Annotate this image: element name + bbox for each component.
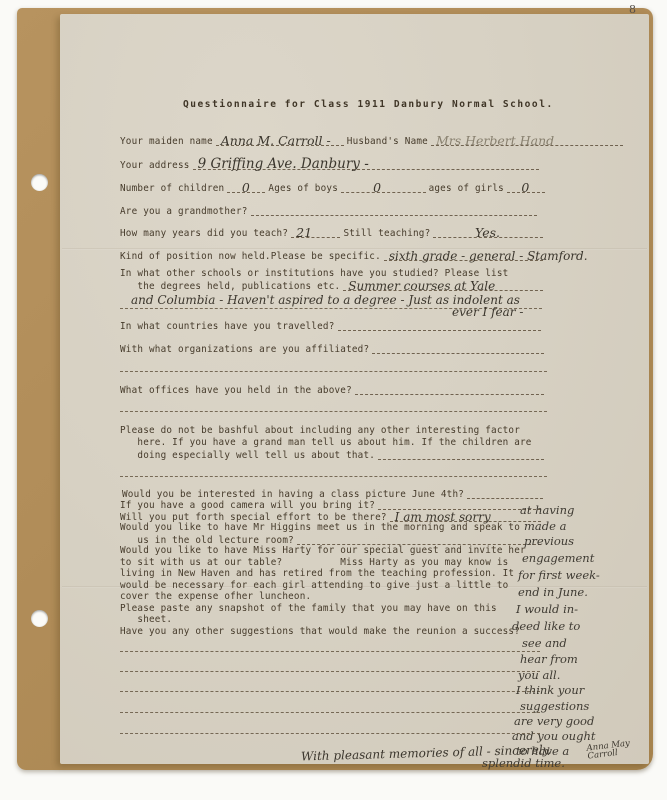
bashful-note-line2: here. If you have a grand man tell us ab… [120,437,532,448]
husband-name-label: Husband's Name [347,136,428,147]
page-number: 8 [629,3,636,16]
answer-line [120,371,547,372]
still-teaching-blank: Yes. [433,226,543,238]
maiden-name-blank: Anna M. Carroll - [216,134,344,146]
ages-boys-value: 0 [373,180,381,195]
ages-boys-label: Ages of boys [268,183,338,194]
address-label: Your address [120,160,190,171]
margin-annotation: and you ought [512,729,595,743]
answer-line [120,691,540,692]
still-teaching-value: Yes. [475,225,500,240]
answer-line [120,411,547,412]
maiden-name-value: Anna M. Carroll - [221,133,331,148]
ages-girls-value: 0 [521,180,529,195]
address-blank: 9 Griffing Ave. Danbury - [193,158,539,170]
snapshot-line2: sheet. [120,614,172,625]
margin-annotation: you all. [518,668,560,682]
husband-name-blank: Mrs Herbert Hand [431,134,623,146]
countries-blank [338,319,542,331]
margin-annotation: end in June. [518,585,588,599]
organizations-label: With what organizations are you affiliat… [120,344,369,355]
position-label: Kind of position now held.Please be spec… [120,251,381,262]
years-taught-value: 21 [296,225,312,240]
margin-annotation: hear from [520,652,578,666]
schools-question-line1: In what other schools or institutions ha… [120,268,508,279]
offices-blank [355,383,544,395]
grandmother-label: Are you a grandmother? [120,206,248,217]
field-row-offices: What offices have you held in the above? [120,383,547,396]
field-row-schools: the degrees held, publications etc. Summ… [120,279,546,292]
bashful-note-line3: doing especially well tell us about that… [120,450,375,461]
margin-annotation: previous [524,534,574,548]
schools-value-line1: Summer courses at Yale [348,279,495,293]
margin-annotation: are very good [514,714,594,728]
harty-line4: would be necessary for each girl attendi… [120,580,508,591]
margin-annotation: see and [522,636,567,650]
answer-line [120,651,540,652]
margin-annotation: at having [520,503,574,517]
answer-line [120,712,540,713]
still-teaching-label: Still teaching? [343,228,430,239]
ages-boys-blank: 0 [341,181,426,193]
camera-blank [378,498,541,510]
higgins-blank [297,533,541,545]
field-row-organizations: With what organizations are you affiliat… [120,342,547,355]
margin-annotation: I think your [516,683,584,697]
husband-name-value: Mrs Herbert Hand [436,133,554,148]
margin-annotation: engagement [522,551,594,565]
answer-line [120,733,540,734]
field-row-maiden-husband: Your maiden name Anna M. Carroll - Husba… [120,134,626,147]
page-title: Questionnaire for Class 1911 Danbury Nor… [183,99,554,110]
offices-label: What offices have you held in the above? [120,385,352,396]
years-taught-label: How many years did you teach? [120,228,288,239]
field-row-children: Number of children 0 Ages of boys 0 ages… [120,181,548,194]
harty-line2: to sit with us at our table? Miss Harty … [120,557,508,568]
num-children-value: 0 [242,180,250,195]
ages-girls-label: ages of girls [429,183,504,194]
answer-line [120,476,547,477]
position-value: sixth grade - general - Stamford. [389,249,588,263]
address-value: 9 Griffing Ave. Danbury - [198,156,369,172]
organizations-blank [372,342,544,354]
suggestions-label: Have you any other suggestions that woul… [120,626,520,637]
field-row-teaching: How many years did you teach? 21 Still t… [120,226,546,239]
position-blank: sixth grade - general - Stamford. [384,249,543,261]
margin-annotation: I would in- [516,602,578,616]
field-row-bashful: doing especially well tell us about that… [120,448,547,461]
grandmother-blank [251,204,537,216]
answer-line [120,671,540,672]
field-row-grandmother: Are you a grandmother? [120,204,540,217]
ages-girls-blank: 0 [507,181,545,193]
schools-question-line2: the degrees held, publications etc. [120,281,340,292]
margin-annotation: suggestions [520,699,589,713]
punch-hole-top [31,174,48,191]
num-children-blank: 0 [227,181,265,193]
margin-annotation: deed like to [512,619,580,633]
higgins-question-line1: Would you like to have Mr Higgins meet u… [120,522,520,533]
harty-line3: living in New Haven and has retired from… [120,568,514,579]
punch-hole-bottom [31,610,48,627]
special-effort-blank: I am most sorry [390,510,541,522]
num-children-label: Number of children [120,183,224,194]
harty-line5: cover the expense ofher luncheon. [120,591,311,602]
schools-value-line3: ever I fear - [452,305,523,319]
bashful-note-line1: Please do not be bashful about including… [120,425,520,436]
maiden-name-label: Your maiden name [120,136,213,147]
margin-annotation: made a [524,519,566,533]
field-row-address: Your address 9 Griffing Ave. Danbury - [120,158,542,171]
field-row-position: Kind of position now held.Please be spec… [120,249,546,262]
margin-annotation: for first week- [518,568,600,582]
countries-label: In what countries have you travelled? [120,321,335,332]
schools-blank: Summer courses at Yale [343,279,543,291]
bashful-blank [378,448,544,460]
harty-line1: Would you like to have Miss Harty for ou… [120,545,526,556]
snapshot-line1: Please paste any snapshot of the family … [120,603,497,614]
years-taught-blank: 21 [291,226,340,238]
field-row-countries: In what countries have you travelled? [120,319,544,332]
